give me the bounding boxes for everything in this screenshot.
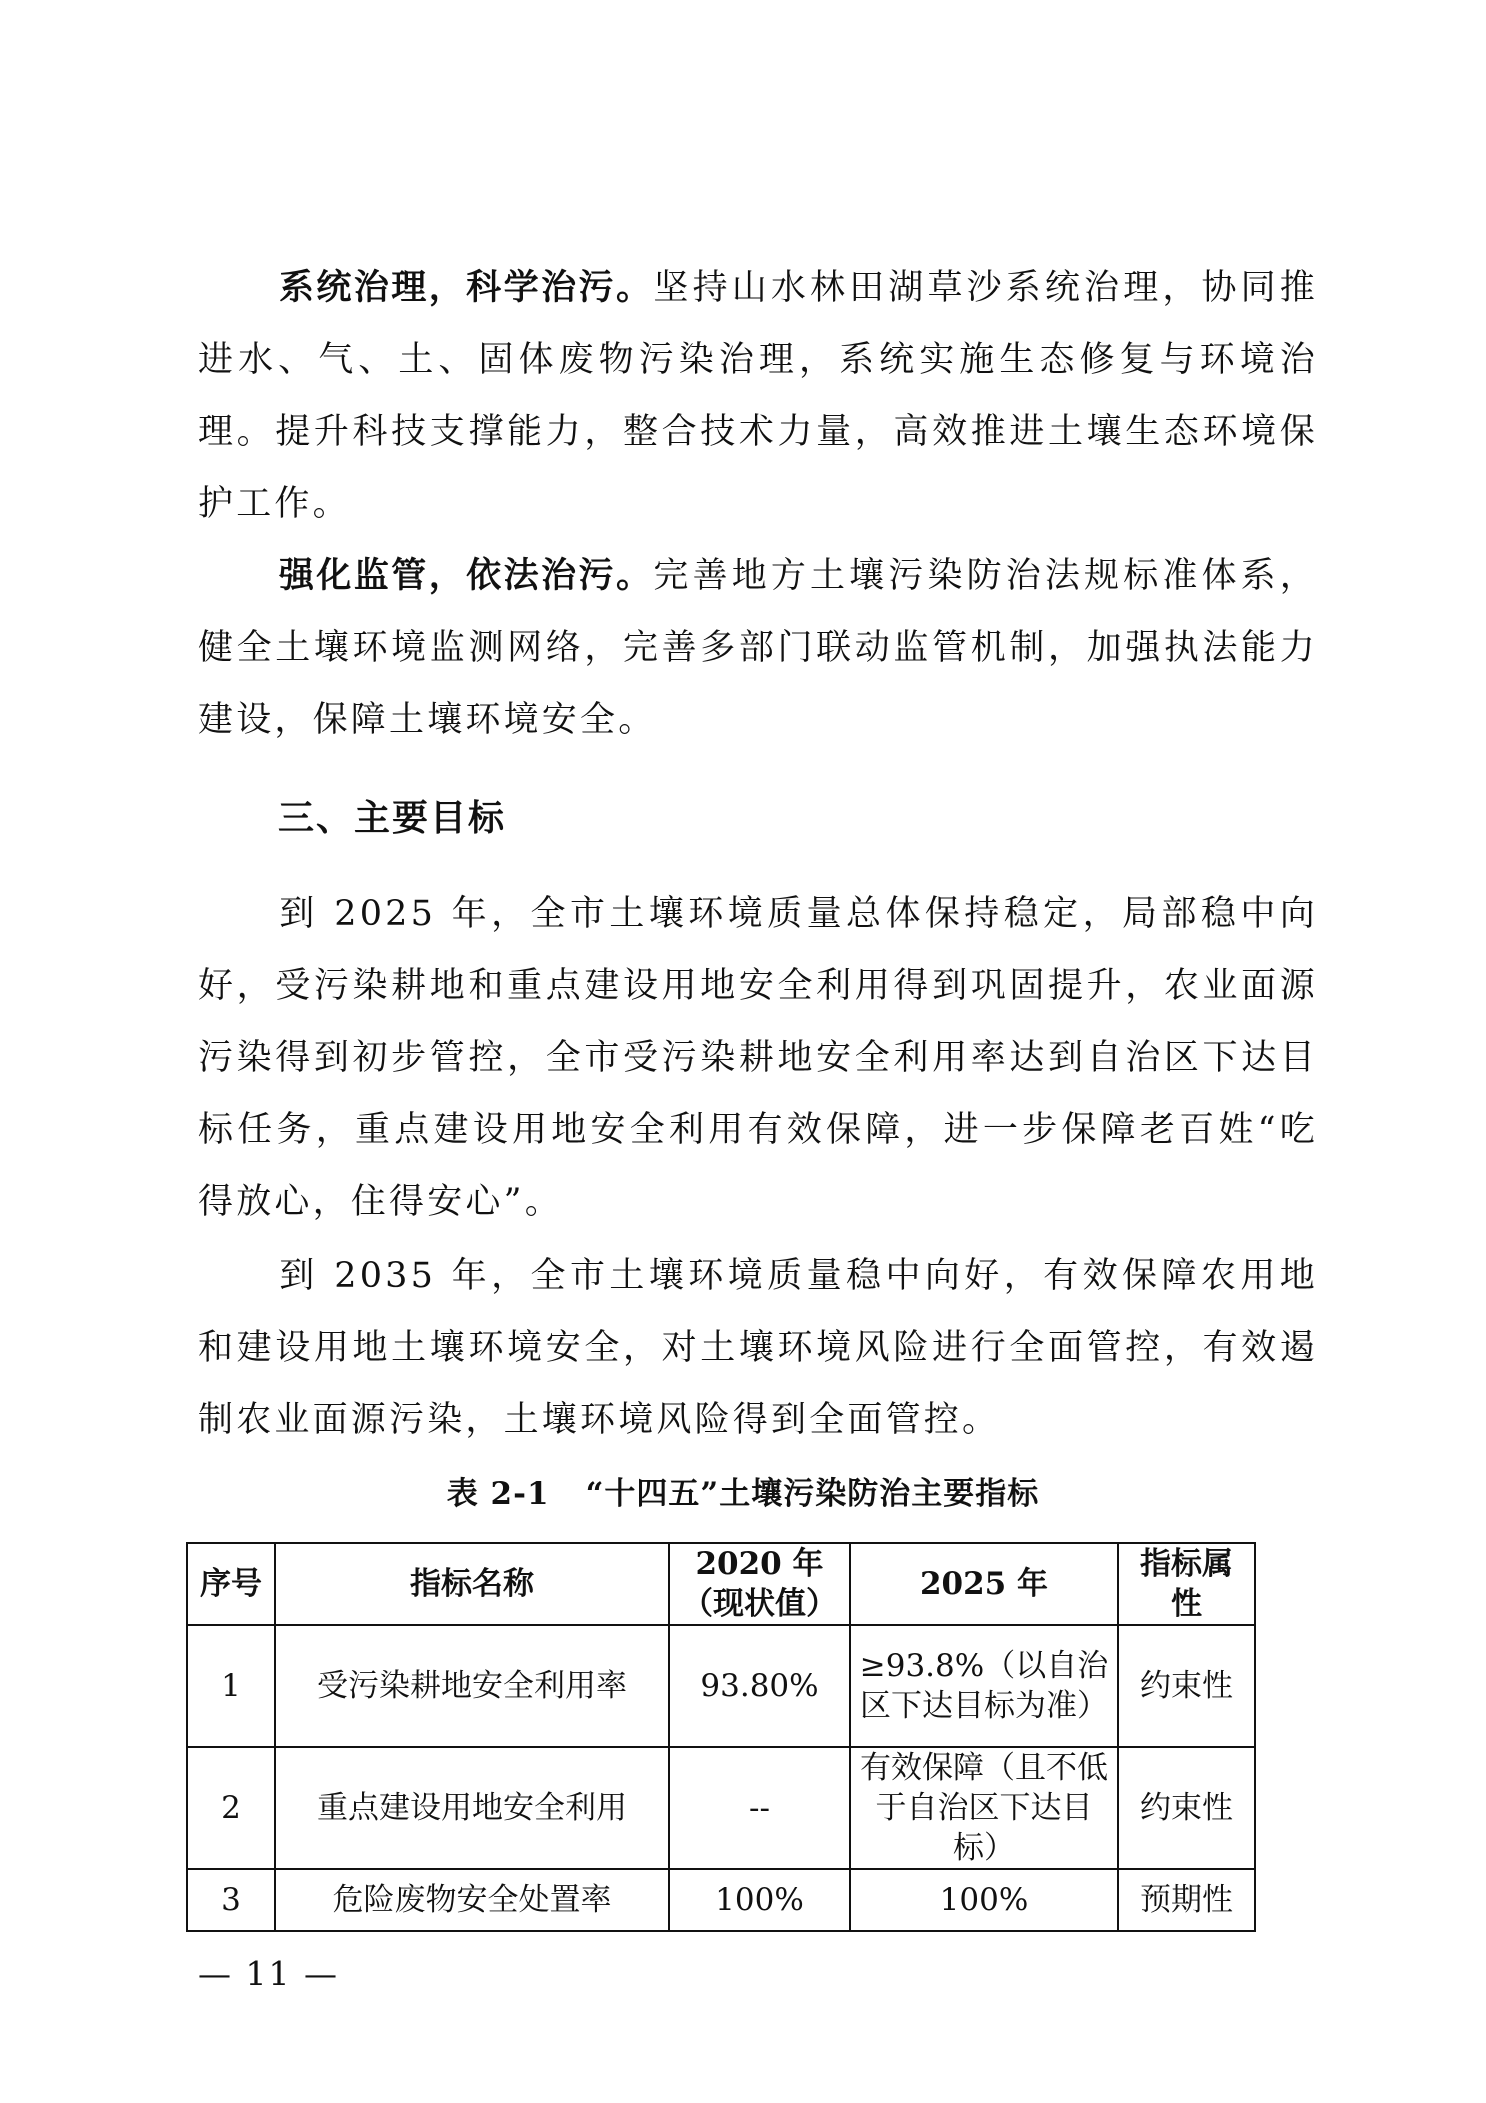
table-caption-number: 表 2-1 [447,1476,550,1512]
table-caption-title: “十四五”土壤污染防治主要指标 [586,1476,1040,1512]
table-caption: 表 2-1“十四五”土壤污染防治主要指标 [0,1468,1486,1513]
header-seq: 序号 [187,1543,275,1625]
cell-2020-value: 93.80% [669,1625,850,1747]
cell-attribute: 约束性 [1118,1747,1255,1869]
paragraph-goal-2025: 到 2025 年，全市土壤环境质量总体保持稳定，局部稳中向好，受污染耕地和重点建… [198,878,1318,1238]
paragraph-lead: 系统治理，科学治污。 [278,267,653,308]
cell-indicator-name: 危险废物安全处置率 [275,1869,669,1931]
paragraph-lead: 强化监管，依法治污。 [278,555,653,596]
header-2025-target: 2025 年 [850,1543,1118,1625]
paragraph-body: 到 2035 年，全市土壤环境质量稳中向好，有效保障农用地和建设用地土壤环境安全… [198,1256,1318,1440]
cell-indicator-name: 受污染耕地安全利用率 [275,1625,669,1747]
cell-2025-target: 100% [850,1869,1118,1931]
indicators-table: 序号 指标名称 2020 年（现状值） 2025 年 指标属性 1 受污染耕地安… [186,1542,1256,1932]
cell-2025-target: 有效保障（且不低于自治区下达目标） [850,1747,1118,1869]
cell-seq: 1 [187,1625,275,1747]
page-number: — 11 — [198,1954,339,1993]
cell-attribute: 约束性 [1118,1625,1255,1747]
header-indicator-attribute: 指标属性 [1118,1543,1255,1625]
cell-seq: 3 [187,1869,275,1931]
cell-2025-target: ≥93.8%（以自治区下达目标为准） [850,1625,1118,1747]
cell-seq: 2 [187,1747,275,1869]
paragraph-goal-2035: 到 2035 年，全市土壤环境质量稳中向好，有效保障农用地和建设用地土壤环境安全… [198,1240,1318,1456]
table-row: 3 危险废物安全处置率 100% 100% 预期性 [187,1869,1255,1931]
cell-attribute: 预期性 [1118,1869,1255,1931]
cell-indicator-name: 重点建设用地安全利用 [275,1747,669,1869]
paragraph-body: 到 2025 年，全市土壤环境质量总体保持稳定，局部稳中向好，受污染耕地和重点建… [198,894,1318,1222]
header-indicator-name: 指标名称 [275,1543,669,1625]
cell-2020-value: 100% [669,1869,850,1931]
paragraph-strengthen-supervision: 强化监管，依法治污。完善地方土壤污染防治法规标准体系，健全土壤环境监测网络，完善… [198,540,1318,756]
paragraph-systematic-governance: 系统治理，科学治污。坚持山水林田湖草沙系统治理，协同推进水、气、土、固体废物污染… [198,252,1318,540]
cell-2020-value: -- [669,1747,850,1869]
header-2020-value: 2020 年（现状值） [669,1543,850,1625]
table-row: 1 受污染耕地安全利用率 93.80% ≥93.8%（以自治区下达目标为准） 约… [187,1625,1255,1747]
document-page: 系统治理，科学治污。坚持山水林田湖草沙系统治理，协同推进水、气、土、固体废物污染… [0,0,1486,2103]
table-row: 2 重点建设用地安全利用 -- 有效保障（且不低于自治区下达目标） 约束性 [187,1747,1255,1869]
section-heading: 三、主要目标 [278,790,506,841]
table-header-row: 序号 指标名称 2020 年（现状值） 2025 年 指标属性 [187,1543,1255,1625]
